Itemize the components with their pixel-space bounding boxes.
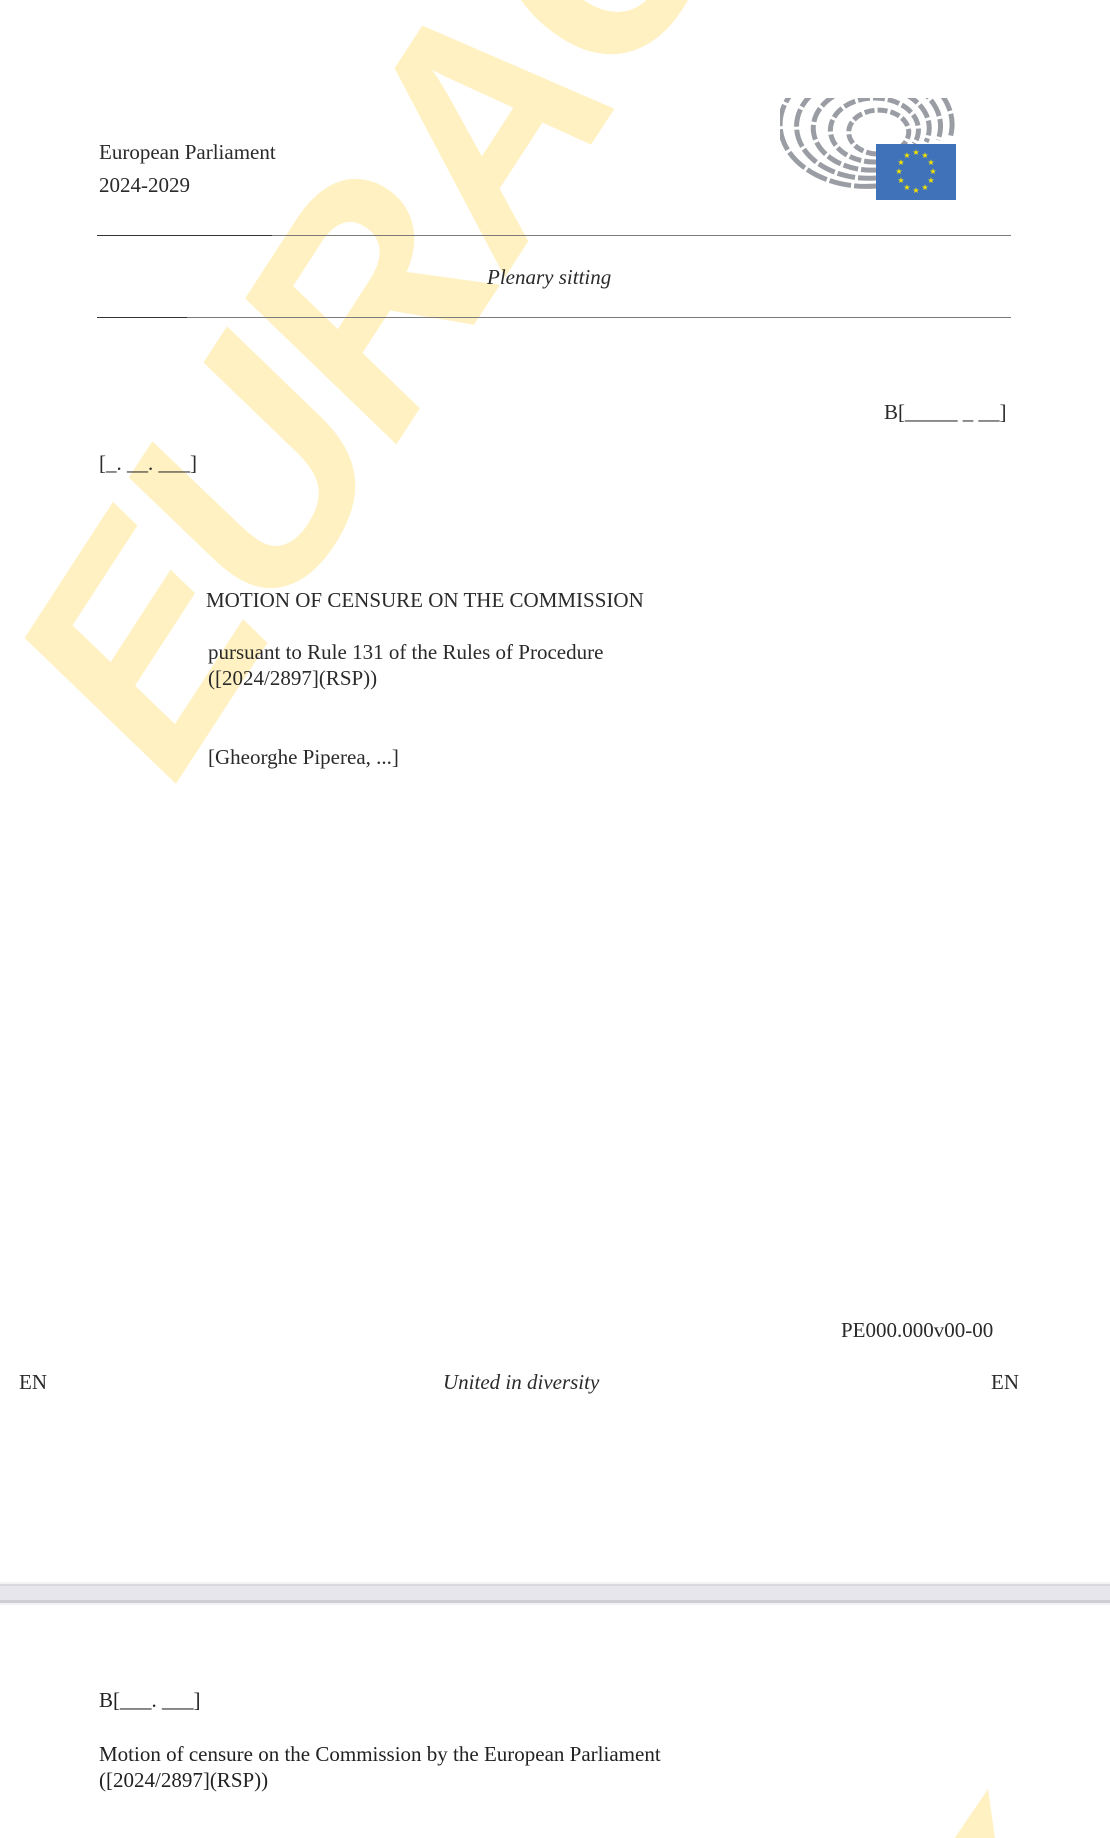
motion-subtitle-line1: pursuant to Rule 131 of the Rules of Pro… (208, 639, 603, 665)
motion-title: MOTION OF CENSURE ON THE COMMISSION (206, 587, 644, 613)
document-number: PE000.000v00-00 (841, 1317, 993, 1343)
section-label: Plenary sitting (487, 264, 611, 290)
document-reference-right: B[_____ _ __] (884, 399, 1007, 425)
svg-text:★: ★ (903, 151, 910, 160)
motion-subtitle-line2: ([2024/2897](RSP)) (208, 665, 377, 691)
svg-text:★: ★ (927, 158, 934, 167)
parliamentary-term: 2024-2029 (99, 172, 190, 198)
footer-language-left: EN (19, 1369, 47, 1395)
svg-text:★: ★ (929, 167, 936, 176)
document-reference-left: [_. __. ___] (99, 450, 197, 476)
header-rule-bottom (97, 317, 1011, 318)
footer-motto: United in diversity (443, 1369, 599, 1395)
svg-text:★: ★ (921, 183, 928, 192)
svg-text:★: ★ (912, 186, 919, 195)
watermark: EURACTIV (0, 0, 1110, 1582)
footer-language-right: EN (991, 1369, 1019, 1395)
svg-text:★: ★ (895, 167, 902, 176)
page2-motion-title-line2: ([2024/2897](RSP)) (99, 1767, 268, 1793)
european-parliament-logo-icon: ★ ★ ★ ★ ★ ★ ★ ★ ★ ★ ★ ★ (780, 98, 960, 200)
page2-document-reference: B[___. ___] (99, 1687, 201, 1713)
watermark-fragment (940, 1785, 1040, 1838)
motion-authors: [Gheorghe Piperea, ...] (208, 744, 399, 770)
svg-text:★: ★ (897, 176, 904, 185)
page2-motion-title-line1: Motion of censure on the Commission by t… (99, 1741, 661, 1767)
page-separator (0, 1582, 1110, 1605)
document-page-1: EURACTIV European Parliament 2024-2029 ★… (0, 0, 1110, 1582)
header-rule-top (97, 235, 1011, 236)
document-page-2: B[___. ___] Motion of censure on the Com… (0, 1605, 1110, 1838)
institution-name: European Parliament (99, 139, 276, 165)
svg-text:★: ★ (912, 148, 919, 157)
